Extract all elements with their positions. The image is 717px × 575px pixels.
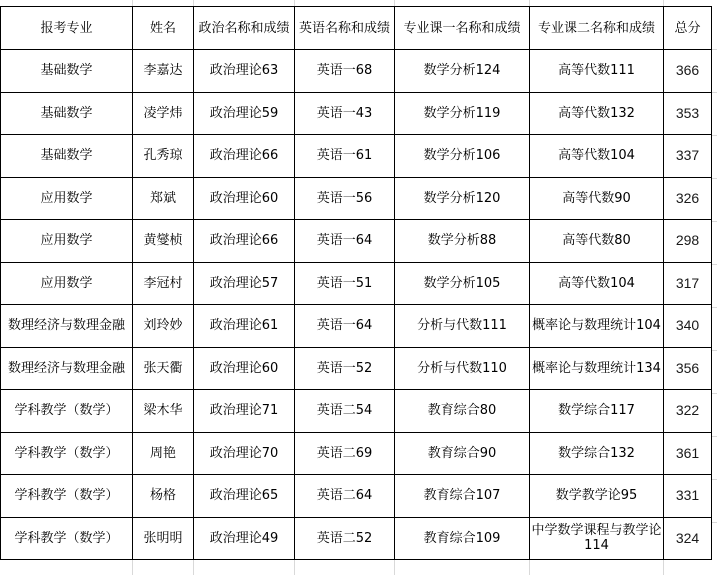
cell-major[interactable]: 基础数学: [1, 135, 133, 178]
cell-total[interactable]: 353: [664, 92, 712, 135]
cell-name[interactable]: 张天衢: [133, 347, 194, 390]
cell-course-two[interactable]: 数学综合117: [530, 390, 664, 433]
cell-major[interactable]: 学科教学（数学）: [1, 390, 133, 433]
cell-total[interactable]: 340: [664, 305, 712, 348]
cell-course-one[interactable]: 数学分析124: [395, 50, 530, 93]
score-table: 报考专业 姓名 政治名称和成绩 英语名称和成绩 专业课一名称和成绩 专业课二名称…: [0, 6, 712, 560]
cell-politics[interactable]: 政治理论66: [194, 135, 295, 178]
cell-total[interactable]: 337: [664, 135, 712, 178]
cell-english[interactable]: 英语一56: [295, 177, 395, 220]
cell-english[interactable]: 英语二69: [295, 432, 395, 475]
cell-politics[interactable]: 政治理论70: [194, 432, 295, 475]
cell-course-two[interactable]: 概率论与数理统计104: [530, 305, 664, 348]
cell-name[interactable]: 黄燮桢: [133, 220, 194, 263]
cell-course-two[interactable]: 概率论与数理统计134: [530, 347, 664, 390]
cell-major[interactable]: 基础数学: [1, 50, 133, 93]
cell-english[interactable]: 英语一43: [295, 92, 395, 135]
cell-english[interactable]: 英语一61: [295, 135, 395, 178]
cell-course-one[interactable]: 数学分析120: [395, 177, 530, 220]
cell-name[interactable]: 梁木华: [133, 390, 194, 433]
cell-course-two[interactable]: 高等代数104: [530, 135, 664, 178]
cell-major[interactable]: 数理经济与数理金融: [1, 347, 133, 390]
table-row: 基础数学李嘉达政治理论63英语一68数学分析124高等代数111366: [1, 50, 712, 93]
table-row: 基础数学凌学炜政治理论59英语一43数学分析119高等代数132353: [1, 92, 712, 135]
cell-course-two[interactable]: 高等代数80: [530, 220, 664, 263]
cell-name[interactable]: 凌学炜: [133, 92, 194, 135]
cell-course-one[interactable]: 教育综合80: [395, 390, 530, 433]
cell-english[interactable]: 英语一64: [295, 220, 395, 263]
cell-course-one[interactable]: 数学分析88: [395, 220, 530, 263]
header-politics[interactable]: 政治名称和成绩: [194, 7, 295, 50]
cell-english[interactable]: 英语二52: [295, 517, 395, 560]
cell-course-two[interactable]: 中学数学课程与教学论114: [530, 517, 664, 560]
cell-name[interactable]: 周艳: [133, 432, 194, 475]
cell-english[interactable]: 英语一68: [295, 50, 395, 93]
cell-politics[interactable]: 政治理论61: [194, 305, 295, 348]
cell-politics[interactable]: 政治理论65: [194, 475, 295, 518]
header-row: 报考专业 姓名 政治名称和成绩 英语名称和成绩 专业课一名称和成绩 专业课二名称…: [1, 7, 712, 50]
table-row: 数理经济与数理金融张天衢政治理论60英语一52分析与代数110概率论与数理统计1…: [1, 347, 712, 390]
cell-english[interactable]: 英语一52: [295, 347, 395, 390]
table-row: 数理经济与数理金融刘玲妙政治理论61英语一64分析与代数111概率论与数理统计1…: [1, 305, 712, 348]
cell-total[interactable]: 317: [664, 262, 712, 305]
header-major[interactable]: 报考专业: [1, 7, 133, 50]
cell-name[interactable]: 张明明: [133, 517, 194, 560]
cell-politics[interactable]: 政治理论63: [194, 50, 295, 93]
cell-english[interactable]: 英语二64: [295, 475, 395, 518]
cell-total[interactable]: 322: [664, 390, 712, 433]
cell-total[interactable]: 326: [664, 177, 712, 220]
cell-total[interactable]: 356: [664, 347, 712, 390]
cell-course-one[interactable]: 数学分析119: [395, 92, 530, 135]
header-name[interactable]: 姓名: [133, 7, 194, 50]
header-course-two[interactable]: 专业课二名称和成绩: [530, 7, 664, 50]
cell-major[interactable]: 数理经济与数理金融: [1, 305, 133, 348]
cell-politics[interactable]: 政治理论60: [194, 177, 295, 220]
cell-major[interactable]: 基础数学: [1, 92, 133, 135]
cell-politics[interactable]: 政治理论57: [194, 262, 295, 305]
cell-name[interactable]: 郑斌: [133, 177, 194, 220]
cell-major[interactable]: 学科教学（数学）: [1, 517, 133, 560]
cell-course-one[interactable]: 数学分析106: [395, 135, 530, 178]
cell-english[interactable]: 英语一51: [295, 262, 395, 305]
cell-course-two[interactable]: 数学教学论95: [530, 475, 664, 518]
cell-politics[interactable]: 政治理论66: [194, 220, 295, 263]
cell-course-two[interactable]: 数学综合132: [530, 432, 664, 475]
table-row: 应用数学郑斌政治理论60英语一56数学分析120高等代数90326: [1, 177, 712, 220]
cell-politics[interactable]: 政治理论60: [194, 347, 295, 390]
table-row: 学科教学（数学）周艳政治理论70英语二69教育综合90数学综合132361: [1, 432, 712, 475]
cell-course-one[interactable]: 教育综合107: [395, 475, 530, 518]
cell-politics[interactable]: 政治理论71: [194, 390, 295, 433]
cell-total[interactable]: 324: [664, 517, 712, 560]
table-row: 学科教学（数学）杨格政治理论65英语二64教育综合107数学教学论95331: [1, 475, 712, 518]
cell-total[interactable]: 361: [664, 432, 712, 475]
header-english[interactable]: 英语名称和成绩: [295, 7, 395, 50]
cell-politics[interactable]: 政治理论49: [194, 517, 295, 560]
table-row: 学科教学（数学）张明明政治理论49英语二52教育综合109中学数学课程与教学论1…: [1, 517, 712, 560]
cell-name[interactable]: 孔秀琼: [133, 135, 194, 178]
cell-course-one[interactable]: 分析与代数111: [395, 305, 530, 348]
table-row: 基础数学孔秀琼政治理论66英语一61数学分析106高等代数104337: [1, 135, 712, 178]
cell-name[interactable]: 刘玲妙: [133, 305, 194, 348]
cell-major[interactable]: 应用数学: [1, 262, 133, 305]
table-row: 应用数学李冠村政治理论57英语一51数学分析105高等代数104317: [1, 262, 712, 305]
cell-course-two[interactable]: 高等代数132: [530, 92, 664, 135]
header-total[interactable]: 总分: [664, 7, 712, 50]
cell-total[interactable]: 298: [664, 220, 712, 263]
cell-total[interactable]: 366: [664, 50, 712, 93]
cell-major[interactable]: 应用数学: [1, 177, 133, 220]
cell-course-two[interactable]: 高等代数111: [530, 50, 664, 93]
header-course-one[interactable]: 专业课一名称和成绩: [395, 7, 530, 50]
cell-course-one[interactable]: 教育综合90: [395, 432, 530, 475]
cell-name[interactable]: 杨格: [133, 475, 194, 518]
table-row: 应用数学黄燮桢政治理论66英语一64数学分析88高等代数80298: [1, 220, 712, 263]
cell-course-one[interactable]: 教育综合109: [395, 517, 530, 560]
cell-english[interactable]: 英语二54: [295, 390, 395, 433]
cell-name[interactable]: 李冠村: [133, 262, 194, 305]
cell-name[interactable]: 李嘉达: [133, 50, 194, 93]
cell-major[interactable]: 学科教学（数学）: [1, 432, 133, 475]
cell-english[interactable]: 英语一64: [295, 305, 395, 348]
cell-course-two[interactable]: 高等代数104: [530, 262, 664, 305]
cell-total[interactable]: 331: [664, 475, 712, 518]
cell-course-one[interactable]: 分析与代数110: [395, 347, 530, 390]
cell-major[interactable]: 应用数学: [1, 220, 133, 263]
cell-course-two[interactable]: 高等代数90: [530, 177, 664, 220]
table-row: 学科教学（数学）梁木华政治理论71英语二54教育综合80数学综合117322: [1, 390, 712, 433]
cell-major[interactable]: 学科教学（数学）: [1, 475, 133, 518]
cell-course-one[interactable]: 数学分析105: [395, 262, 530, 305]
cell-politics[interactable]: 政治理论59: [194, 92, 295, 135]
